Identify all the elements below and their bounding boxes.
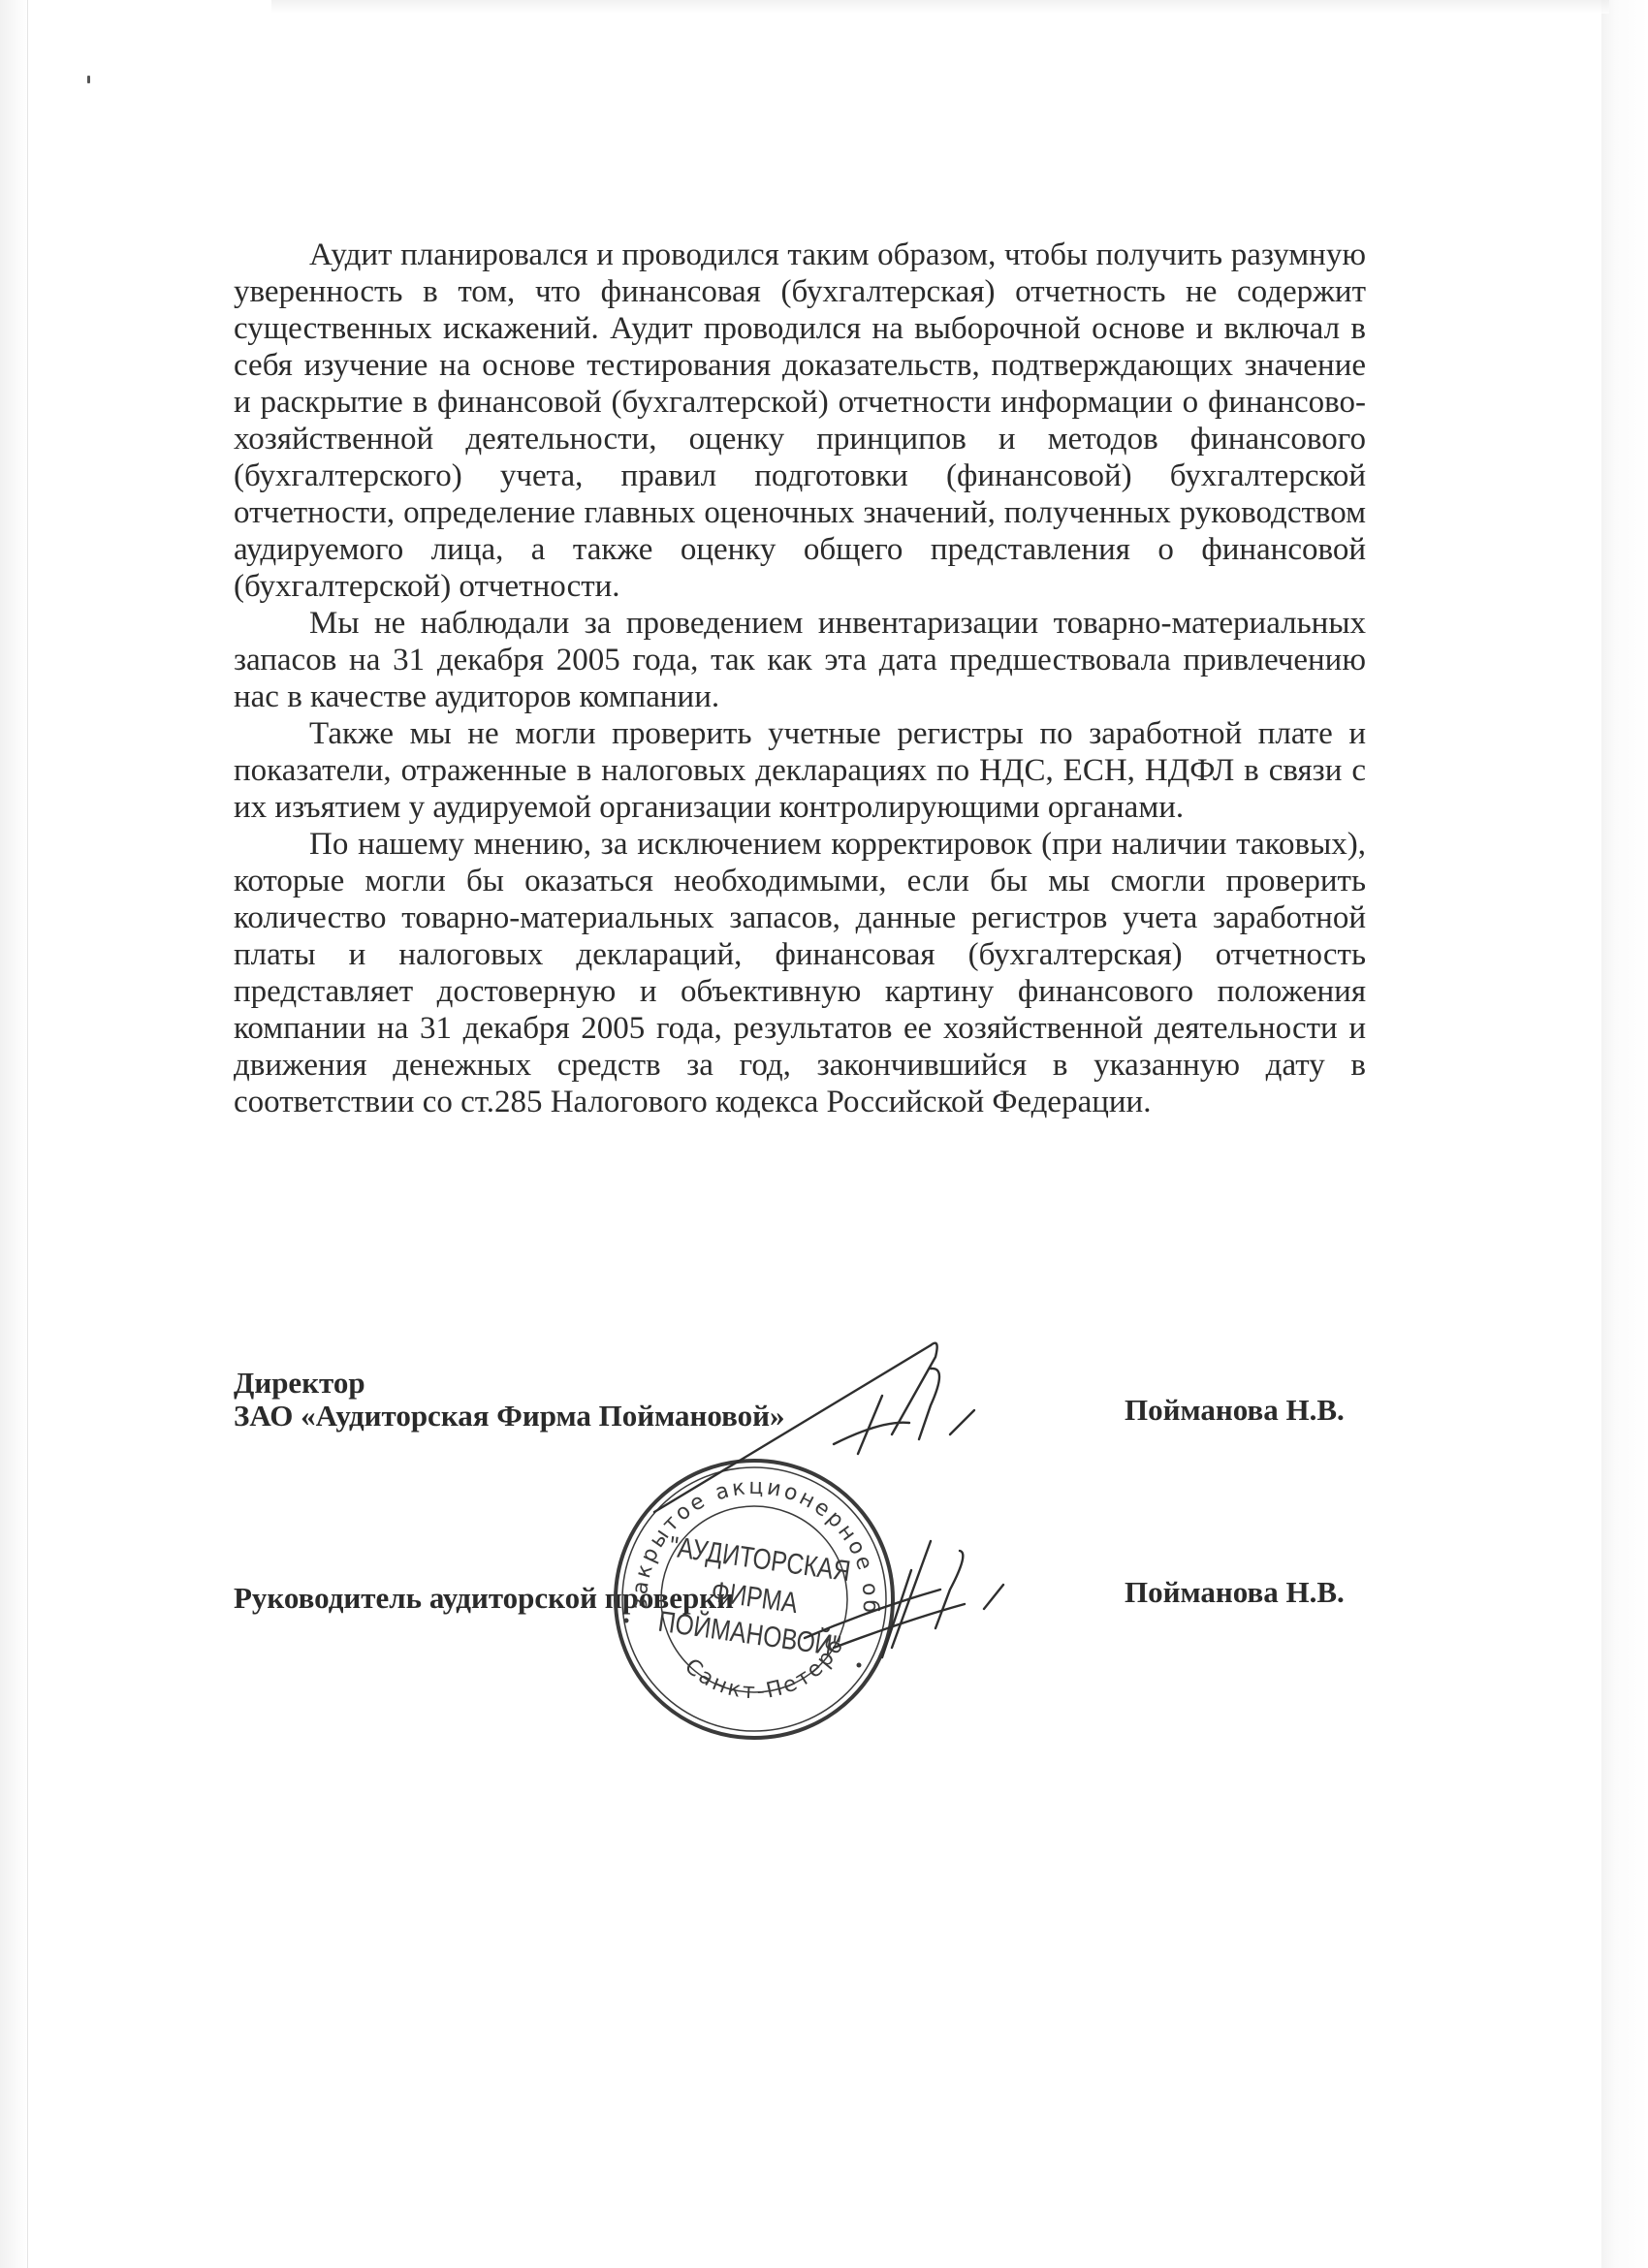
- director-signature: [640, 1328, 1066, 1522]
- paragraph-inventory-limitation: Мы не наблюдали за проведением инвентари…: [234, 605, 1366, 715]
- director-title: Директор: [234, 1367, 365, 1400]
- director-name: Пойманова Н.В.: [1125, 1394, 1345, 1427]
- document-body: Аудит планировался и проводился таким об…: [234, 236, 1366, 1120]
- audit-lead-name: Пойманова Н.В.: [1125, 1576, 1345, 1609]
- scan-left-edge: [0, 0, 29, 2268]
- scan-speck: [87, 76, 90, 83]
- paragraph-payroll-limitation: Также мы не могли проверить учетные реги…: [234, 715, 1366, 826]
- scan-top-artifact: [271, 0, 1609, 14]
- scan-left-border: [27, 0, 28, 2268]
- scan-right-edge: [1601, 0, 1648, 2268]
- paragraph-audit-scope: Аудит планировался и проводился таким об…: [234, 236, 1366, 605]
- audit-lead-signature: [795, 1531, 1047, 1667]
- stamp-dot-left: [624, 1619, 629, 1623]
- paragraph-opinion: По нашему мнению, за исключением коррект…: [234, 826, 1366, 1120]
